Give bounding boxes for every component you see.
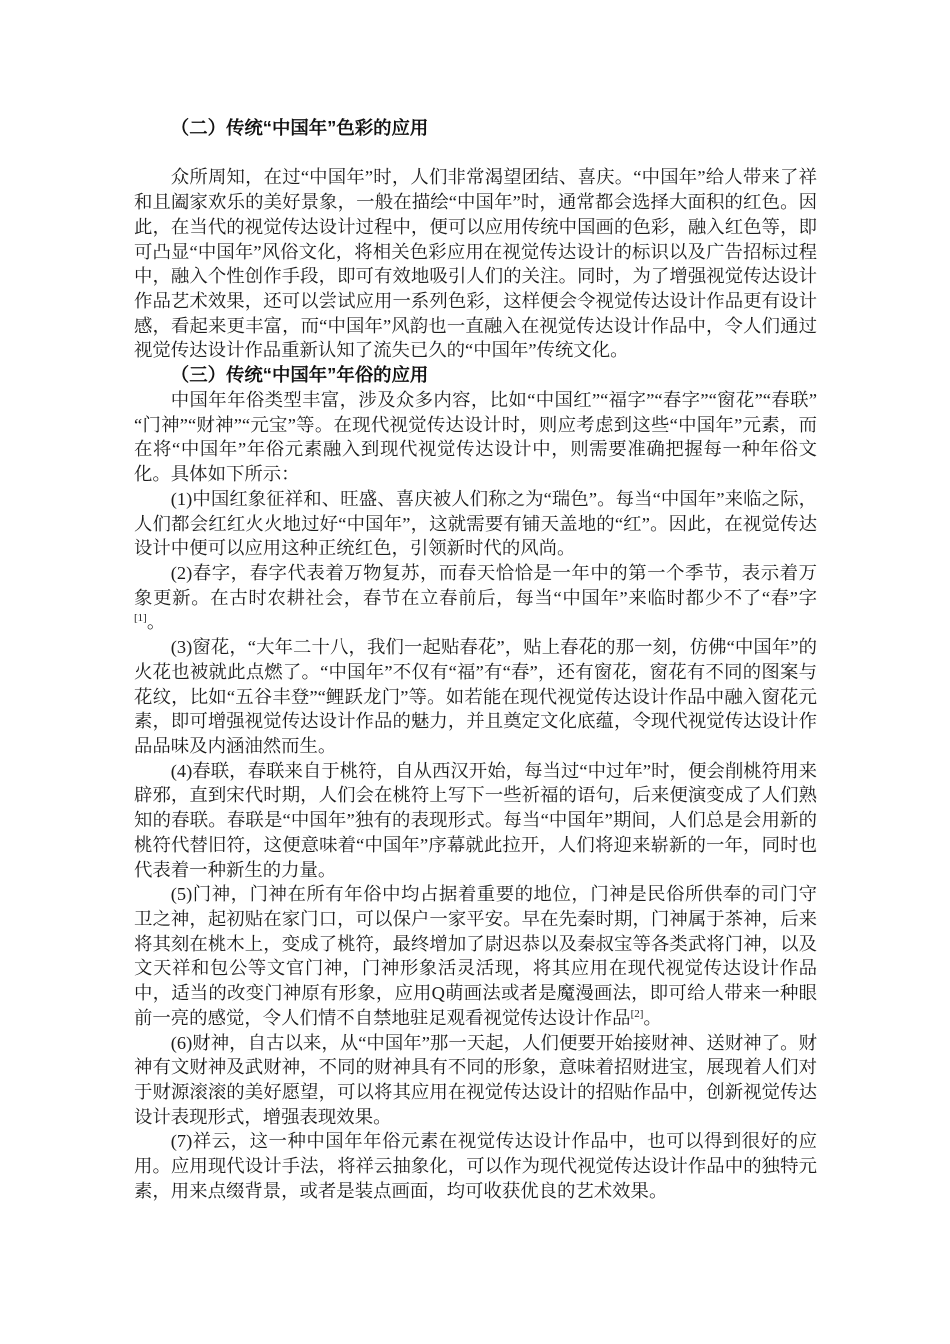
document-body: （二）传统“中国年”色彩的应用众所周知，在过“中国年”时，人们非常渴望团结、喜庆… — [134, 116, 817, 1204]
para-item-6-god-of-wealth: (6)财神，自古以来，从“中国年”那一天起，人们便要开始接财神、送财神了。财神有… — [134, 1031, 817, 1130]
para-item-2-spring-character: (2)春字，春字代表着万物复苏，而春天恰恰是一年中的第一个季节，表示着万象更新。… — [134, 561, 817, 635]
section-heading-2-color-application: （二）传统“中国年”色彩的应用 — [134, 116, 817, 141]
section-heading-3-customs-application: （三）传统“中国年”年俗的应用 — [134, 363, 817, 388]
para-item-3-window-flowers: (3)窗花，“大年二十八，我们一起贴春花”，贴上春花的那一刻，仿佛“中国年”的火… — [134, 635, 817, 759]
document-page: （二）传统“中国年”色彩的应用众所周知，在过“中国年”时，人们非常渴望团结、喜庆… — [0, 0, 950, 1344]
para-customs-intro: 中国年年俗类型丰富，涉及众多内容，比如“中国红”“福字”“春字”“窗花”“春联”… — [134, 388, 817, 487]
blank-line — [134, 141, 817, 166]
para-item-1-china-red: (1)中国红象征祥和、旺盛、喜庆被人们称之为“瑞色”。每当“中国年”来临之际，人… — [134, 487, 817, 561]
para-item-7-auspicious-clouds: (7)祥云，这一种中国年年俗元素在视觉传达设计作品中，也可以得到很好的应用。应用… — [134, 1129, 817, 1203]
para-item-4-spring-couplets: (4)春联，春联来自于桃符，自从西汉开始，每当过“中过年”时，便会削桃符用来辟邪… — [134, 759, 817, 883]
para-color-application: 众所周知，在过“中国年”时，人们非常渴望团结、喜庆。“中国年”给人带来了祥和且阖… — [134, 165, 817, 363]
footnote-ref: [2] — [631, 1008, 644, 1020]
footnote-ref: [1] — [134, 612, 147, 624]
para-item-5-door-gods: (5)门神，门神在所有年俗中均占据着重要的地位，门神是民俗所供奉的司门守卫之神，… — [134, 882, 817, 1030]
